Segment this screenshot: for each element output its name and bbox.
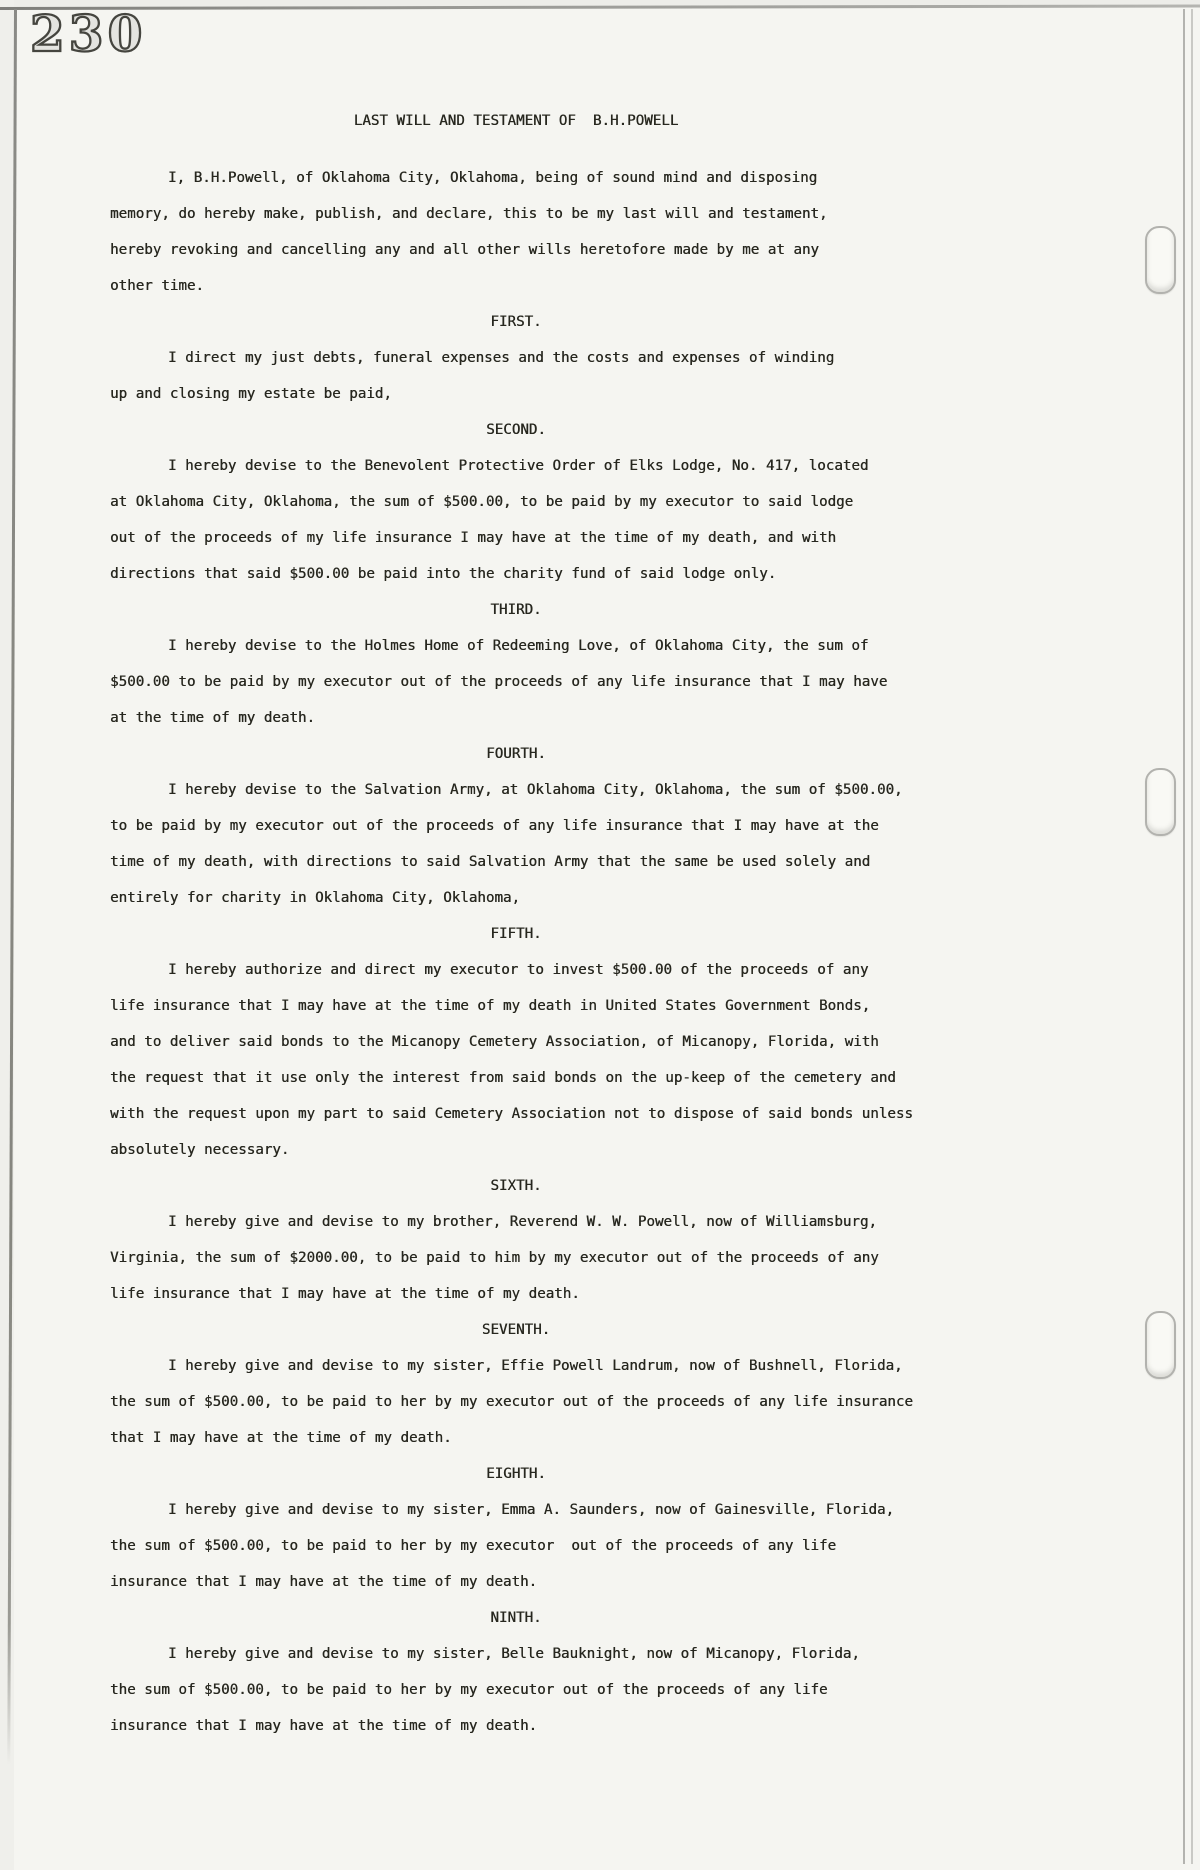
opening-paragraph-line: I, B.H.Powell, of Oklahoma City, Oklahom… [110,160,922,196]
section-paragraph-line: I hereby give and devise to my sister, E… [110,1492,922,1528]
section-heading: EIGHTH. [110,1456,922,1492]
section-paragraph-line: insurance that I may have at the time of… [110,1708,922,1744]
binder-hole-bottom [1145,1311,1176,1379]
section-paragraph-line: directions that said $500.00 be paid int… [110,556,922,592]
section-paragraph-line: out of the proceeds of my life insurance… [110,520,922,556]
section-paragraph-line: I direct my just debts, funeral expenses… [110,340,922,376]
scanned-page: 230 LAST WILL AND TESTAMENT OF B.H.POWEL… [0,0,1200,1870]
page-edge-right [1183,9,1185,1864]
section-paragraph-line: I hereby give and devise to my sister, E… [110,1348,922,1384]
section-heading: FIRST. [110,304,922,340]
section-paragraph-line: life insurance that I may have at the ti… [110,1276,922,1312]
section-heading: FIFTH. [110,916,922,952]
section-paragraph-line: I hereby devise to the Salvation Army, a… [110,772,922,808]
page-number-stamp: 230 [30,4,146,63]
section-paragraph-line: to be paid by my executor out of the pro… [110,808,922,844]
opening-paragraph-line: hereby revoking and cancelling any and a… [110,232,922,268]
section-paragraph-line: at Oklahoma City, Oklahoma, the sum of $… [110,484,922,520]
section-paragraph-line: with the request upon my part to said Ce… [110,1096,922,1132]
section-paragraph-line: absolutely necessary. [110,1132,922,1168]
binder-hole-middle [1145,768,1176,836]
document-title: LAST WILL AND TESTAMENT OF B.H.POWELL [110,103,922,139]
binder-hole-top [1145,226,1176,294]
section-paragraph-line: at the time of my death. [110,700,922,736]
section-paragraph-line: I hereby give and devise to my sister, B… [110,1636,922,1672]
opening-paragraph-line: other time. [110,268,922,304]
section-heading: THIRD. [110,592,922,628]
section-paragraph-line: the sum of $500.00, to be paid to her by… [110,1528,922,1564]
section-paragraph-line: the sum of $500.00, to be paid to her by… [110,1672,922,1708]
section-heading: SEVENTH. [110,1312,922,1348]
section-paragraph-line: that I may have at the time of my death. [110,1420,922,1456]
section-heading: SIXTH. [110,1168,922,1204]
section-paragraph-line: Virginia, the sum of $2000.00, to be pai… [110,1240,922,1276]
section-heading: FOURTH. [110,736,922,772]
section-paragraph-line: the sum of $500.00, to be paid to her by… [110,1384,922,1420]
section-paragraph-line: time of my death, with directions to sai… [110,844,922,880]
document-body: I, B.H.Powell, of Oklahoma City, Oklahom… [110,160,922,1744]
section-paragraph-line: I hereby give and devise to my brother, … [110,1204,922,1240]
section-paragraph-line: entirely for charity in Oklahoma City, O… [110,880,922,916]
section-heading: NINTH. [110,1600,922,1636]
section-paragraph-line: I hereby authorize and direct my executo… [110,952,922,988]
section-paragraph-line: life insurance that I may have at the ti… [110,988,922,1024]
section-paragraph-line: I hereby devise to the Holmes Home of Re… [110,628,922,664]
section-heading: SECOND. [110,412,922,448]
opening-paragraph-line: memory, do hereby make, publish, and dec… [110,196,922,232]
section-paragraph-line: the request that it use only the interes… [110,1060,922,1096]
section-paragraph-line: $500.00 to be paid by my executor out of… [110,664,922,700]
section-paragraph-line: up and closing my estate be paid, [110,376,922,412]
section-paragraph-line: I hereby devise to the Benevolent Protec… [110,448,922,484]
section-paragraph-line: insurance that I may have at the time of… [110,1564,922,1600]
will-document: LAST WILL AND TESTAMENT OF B.H.POWELL I,… [110,103,922,1744]
page-edge-right-outer [1191,9,1193,1864]
section-paragraph-line: and to deliver said bonds to the Micanop… [110,1024,922,1060]
